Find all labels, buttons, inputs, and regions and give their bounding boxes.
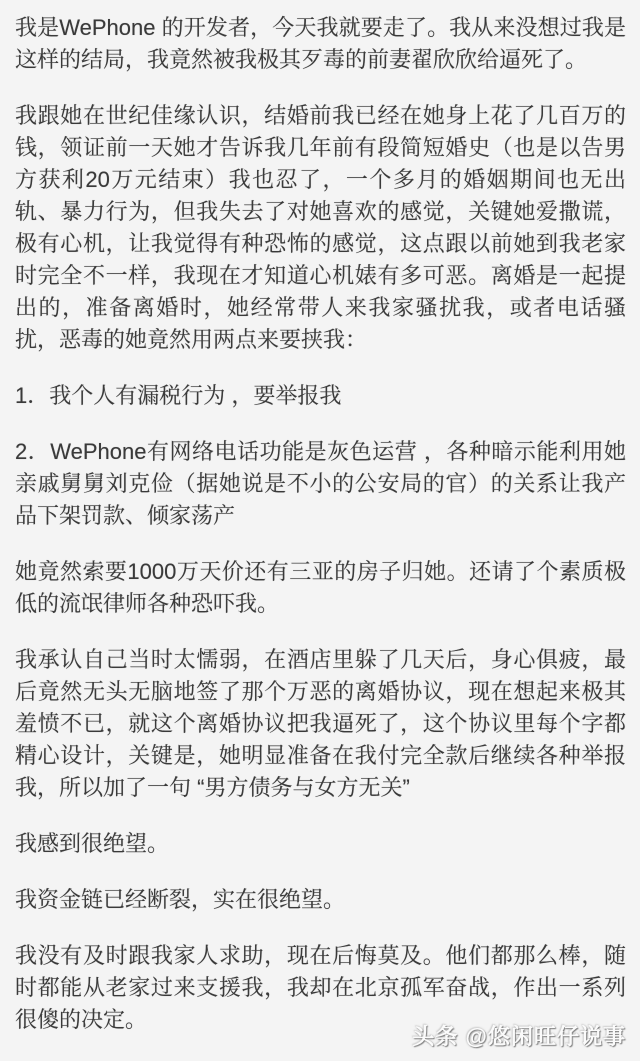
paragraph: 我承认自己当时太懦弱，在酒店里躲了几天后，身心俱疲，最后竟然无头无脑地签了那个万… [15, 644, 626, 804]
toutiao-watermark: 头条 @悠闲旺仔说事 [412, 1020, 626, 1051]
paragraph: 她竟然索要1000万天价还有三亚的房子归她。还请了个素质极低的流氓律师各种恐吓我… [15, 556, 626, 620]
paragraph: 2．WePhone有网络电话功能是灰色运营 ，各种暗示能利用她亲戚舅舅刘克俭（据… [15, 436, 626, 532]
paragraph: 1．我个人有漏税行为 ，要举报我 [15, 380, 626, 412]
suicide-note-article: 我是WePhone 的开发者，今天我就要走了。我从来没想过我是这样的结局，我竟然… [0, 0, 640, 1036]
paragraph: 我跟她在世纪佳缘认识，结婚前我已经在她身上花了几百万的钱，领证前一天她才告诉我几… [15, 100, 626, 356]
paragraph: 我资金链已经断裂，实在很绝望。 [15, 884, 626, 916]
paragraph: 我是WePhone 的开发者，今天我就要走了。我从来没想过我是这样的结局，我竟然… [15, 12, 626, 76]
paragraph: 我感到很绝望。 [15, 828, 626, 860]
